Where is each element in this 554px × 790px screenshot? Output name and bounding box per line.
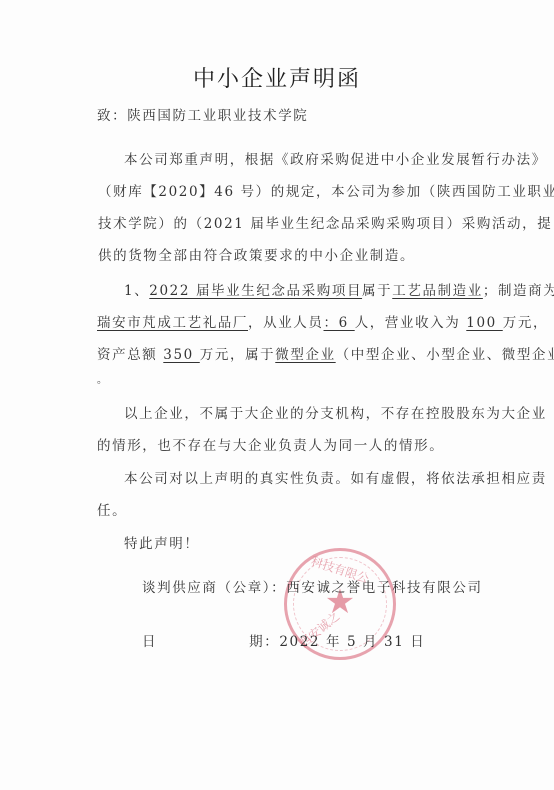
assets-label: 资产总额 [97, 347, 163, 363]
closing-statement: 特此声明！ [124, 532, 200, 552]
item-1-line-3: 资产总额 350 万元，属于微型企业（中型企业、小型企业、微型企业） [97, 343, 554, 363]
date-line: 日期：2022 年 5 月 31 日 [142, 630, 554, 650]
type-options: （中型企业、小型企业、微型企业） [336, 347, 554, 363]
paragraph-3-line-1: 本公司对以上声明的真实性负责。如有虚假，将依法承担相应责 [124, 467, 547, 487]
paragraph-1-line-1: 本公司郑重声明，根据《政府采购促进中小企业发展暂行办法》 [124, 148, 547, 168]
date-label-2: 期： [249, 634, 279, 650]
paragraph-3-line-2: 任。 [97, 499, 127, 519]
document-page: 中小企业声明函 致：陕西国防工业职业技术学院 本公司郑重声明，根据《政府采购促进… [0, 0, 554, 790]
assets: 350 [163, 347, 199, 363]
paragraph-1-line-4: 供的货物全部由符合政策要求的中小企业制造。 [98, 244, 415, 264]
manufacturer: 瑞安市芃成工艺礼品厂 [97, 315, 248, 331]
item-prefix: 1、 [124, 283, 149, 299]
employees-label: ，从业人员 [248, 315, 324, 331]
document-title: 中小企业声明函 [0, 62, 554, 93]
paragraph-2-line-1: 以上企业，不属于大企业的分支机构，不存在控股股东为大企业 [124, 402, 547, 422]
project-name: 2022 届毕业生纪念品采购项目 [149, 283, 362, 299]
date-label-1: 日 [142, 634, 157, 650]
paragraph-2-line-2: 的情形，也不存在与大企业负责人为同一人的情形。 [97, 434, 444, 454]
revenue-unit: 万元， [503, 315, 548, 331]
enterprise-type: 微型企业 [275, 347, 335, 363]
item-1-line-2: 瑞安市芃成工艺礼品厂，从业人员：6 人，营业收入为 100 万元， [97, 311, 548, 331]
addressee: 致：陕西国防工业职业技术学院 [97, 104, 308, 124]
revenue: 100 [466, 315, 502, 331]
industry: 工艺品制造业 [392, 283, 483, 299]
item-1-end: 。 [97, 371, 109, 386]
signature-date: 2022 年 5 月 31 日 [279, 634, 425, 650]
assets-unit: 万元，属于 [200, 347, 276, 363]
employees-unit: 人，营业收入为 [355, 315, 467, 331]
item-1-line-1: 1、2022 届毕业生纪念品采购项目属于工艺品制造业；制造商为 [124, 279, 554, 299]
employees-count: ：6 [324, 315, 355, 331]
supplier-line: 谈判供应商（公章）：西安诚之誉电子科技有限公司 [142, 576, 554, 596]
manufacturer-label: ；制造商为 [483, 283, 554, 299]
belongs-text: 属于 [362, 283, 392, 299]
paragraph-1-line-3: 技术学院）的（2021 届毕业生纪念品采购采购项目）采购活动，提 [98, 212, 552, 232]
supplier-name: 西安诚之誉电子科技有限公司 [286, 580, 482, 596]
supplier-label: 谈判供应商（公章）： [142, 580, 286, 596]
paragraph-1-line-2: （财库【2020】46 号）的规定，本公司为参加（陕西国防工业职业 [98, 180, 554, 200]
